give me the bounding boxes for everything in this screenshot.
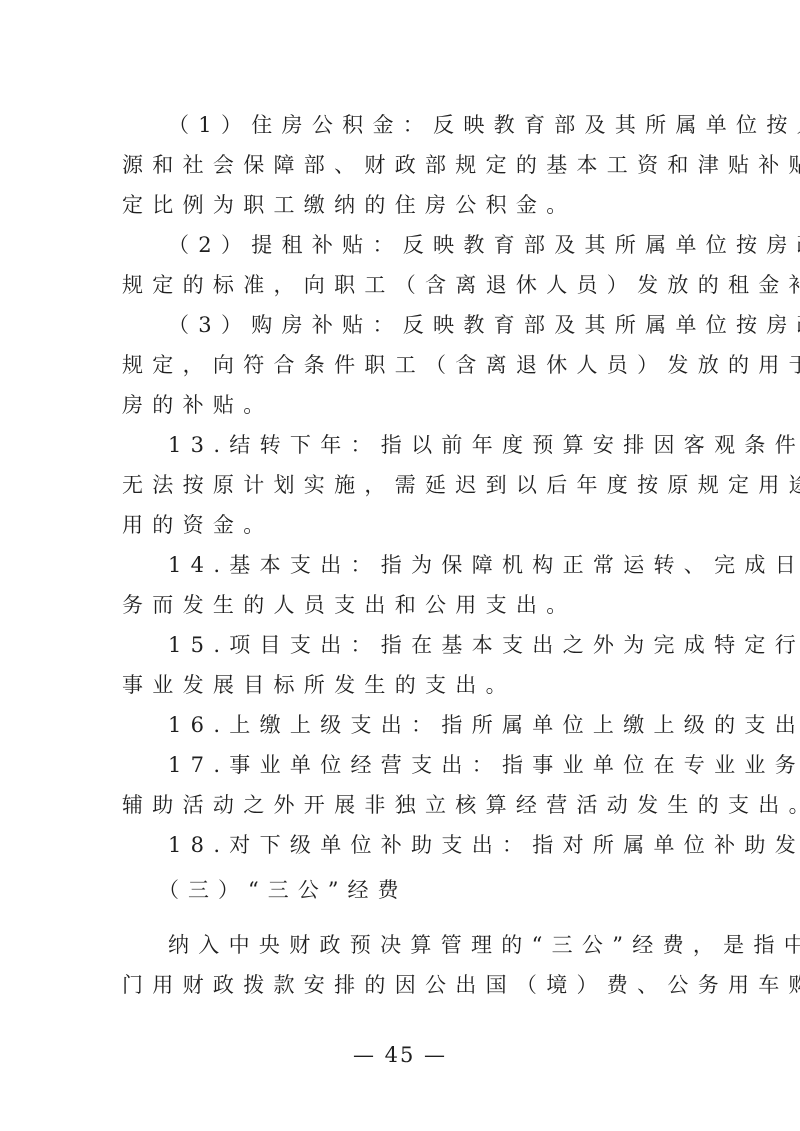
document-page: （1）住房公积金：反映教育部及其所属单位按人力资 源和社会保障部、财政部规定的基… (0, 0, 800, 1131)
paragraph-line: 17.事业单位经营支出：指事业单位在专业业务活动及其 (168, 745, 728, 785)
paragraph-line: （2）提租补贴：反映教育部及其所属单位按房改政策 (168, 225, 728, 265)
paragraph-line: 规定，向符合条件职工（含离退休人员）发放的用于购买住 (122, 345, 682, 385)
section-heading: （三）“三公”经费 (158, 870, 718, 910)
paragraph-line: 门用财政拨款安排的因公出国（境）费、公务用车购置及运 (122, 965, 682, 1005)
paragraph-line: 纳入中央财政预决算管理的“三公”经费，是指中央部 (168, 925, 728, 965)
paragraph-line: 无法按原计划实施，需延迟到以后年度按原规定用途继续使 (122, 465, 682, 505)
paragraph-line: 13.结转下年：指以前年度预算安排因客观条件发生变化 (168, 425, 728, 465)
paragraph-line: 15.项目支出：指在基本支出之外为完成特定行政任务和 (168, 625, 728, 665)
paragraph-line: 事业发展目标所发生的支出。 (122, 665, 682, 705)
page-number: — 45 — (0, 1040, 800, 1070)
paragraph-line: 14.基本支出：指为保障机构正常运转、完成日常工作任 (168, 545, 728, 585)
paragraph-line: 房的补贴。 (122, 385, 682, 425)
paragraph-line: 18.对下级单位补助支出：指对所属单位补助发生的支出。 (168, 825, 728, 865)
paragraph-line: （1）住房公积金：反映教育部及其所属单位按人力资 (168, 105, 728, 145)
paragraph-line: 16.上缴上级支出：指所属单位上缴上级的支出。 (168, 705, 728, 745)
paragraph-line: 辅助活动之外开展非独立核算经营活动发生的支出。 (122, 785, 682, 825)
paragraph-line: （3）购房补贴：反映教育部及其所属单位按房改政策 (168, 305, 728, 345)
paragraph-line: 规定的标准，向职工（含离退休人员）发放的租金补贴。 (122, 265, 682, 305)
paragraph-line: 用的资金。 (122, 505, 682, 545)
paragraph-line: 定比例为职工缴纳的住房公积金。 (122, 185, 682, 225)
paragraph-line: 务而发生的人员支出和公用支出。 (122, 585, 682, 625)
paragraph-line: 源和社会保障部、财政部规定的基本工资和津贴补贴以及规 (122, 145, 682, 185)
